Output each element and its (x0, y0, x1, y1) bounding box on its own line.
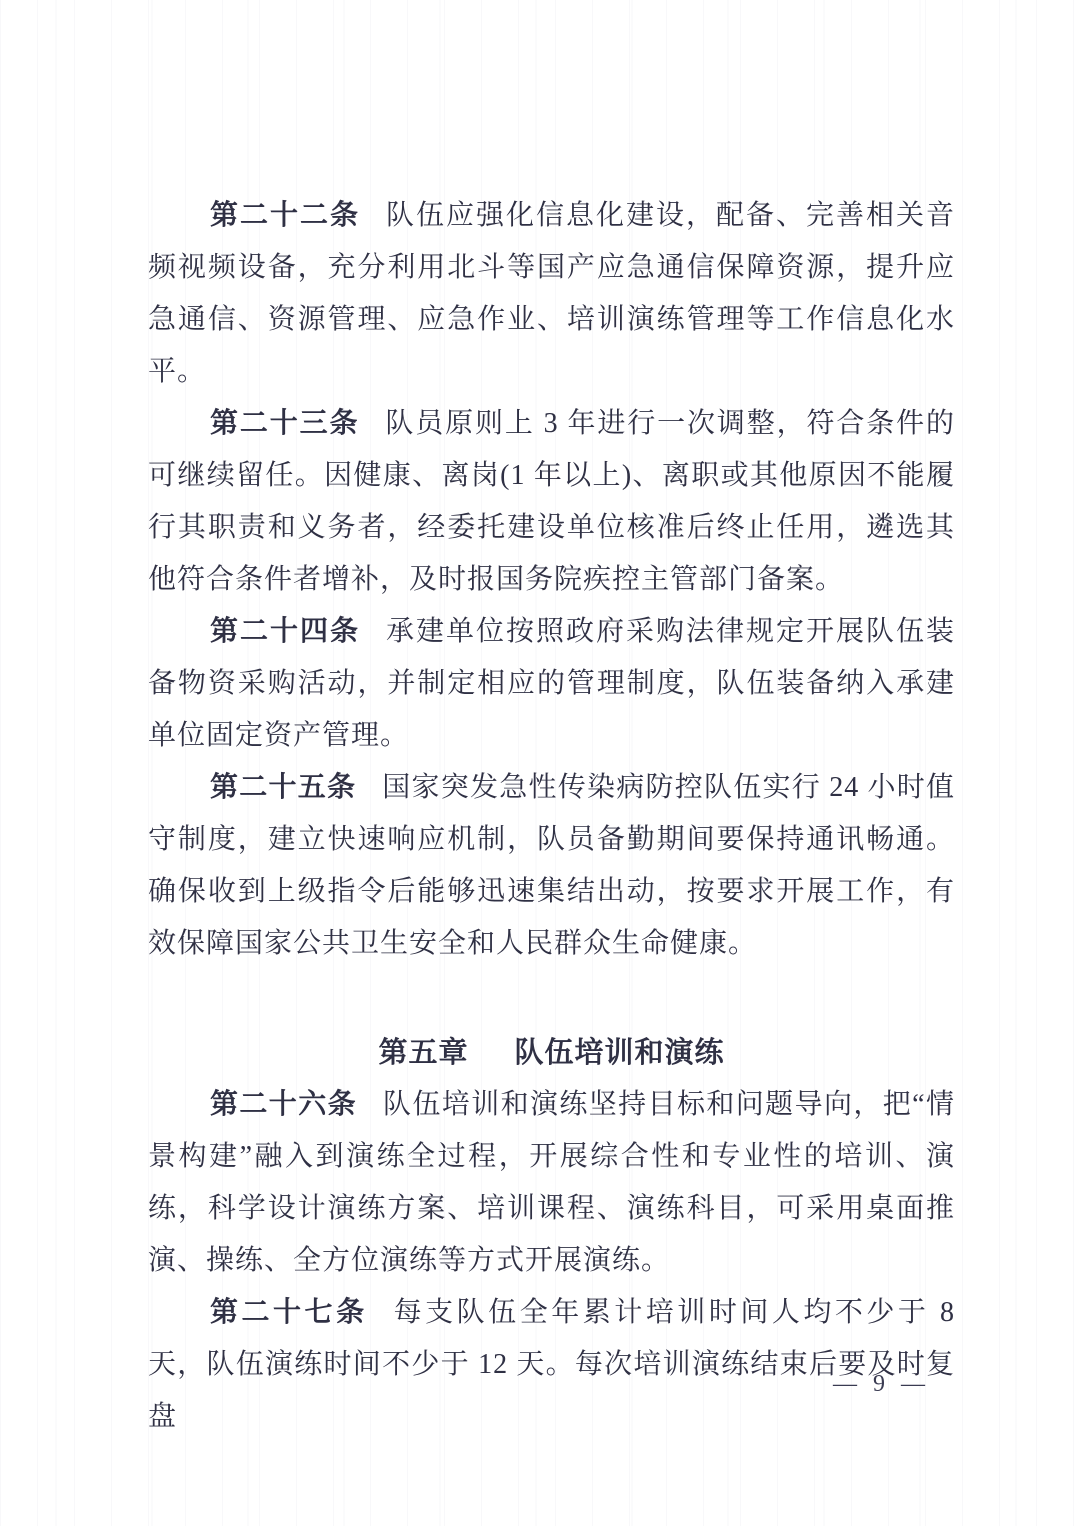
article-paragraph-23: 第二十三条队员原则上 3 年进行一次调整，符合条件的可继续留任。因健康、离岗(1… (148, 398, 955, 606)
article-number: 第二十六条 (210, 1089, 357, 1120)
article-paragraph-22: 第二十二条队伍应强化信息化建设，配备、完善相关音频视频设备，充分利用北斗等国产应… (148, 190, 955, 398)
chapter-heading: 第五章队伍培训和演练 (148, 1027, 955, 1079)
article-number: 第二十二条 (210, 200, 360, 231)
article-paragraph-26: 第二十六条队伍培训和演练坚持目标和问题导向，把“情景构建”融入到演练全过程，开展… (148, 1079, 955, 1287)
article-number: 第二十三条 (210, 408, 359, 439)
page-number: — 9 — (833, 1370, 930, 1398)
document-body: 第二十二条队伍应强化信息化建设，配备、完善相关音频视频设备，充分利用北斗等国产应… (148, 190, 955, 1443)
article-number: 第二十四条 (210, 616, 360, 647)
article-paragraph-25: 第二十五条国家突发急性传染病防控队伍实行 24 小时值守制度，建立快速响应机制，… (148, 762, 955, 970)
article-number: 第二十七条 (210, 1297, 368, 1328)
article-paragraph-27: 第二十七条每支队伍全年累计培训时间人均不少于 8 天，队伍演练时间不少于 12 … (148, 1287, 955, 1443)
chapter-title: 队伍培训和演练 (515, 1037, 725, 1069)
article-paragraph-24: 第二十四条承建单位按照政府采购法律规定开展队伍装备物资采购活动，并制定相应的管理… (148, 606, 955, 762)
article-number: 第二十五条 (210, 772, 356, 803)
chapter-number: 第五章 (378, 1037, 468, 1069)
